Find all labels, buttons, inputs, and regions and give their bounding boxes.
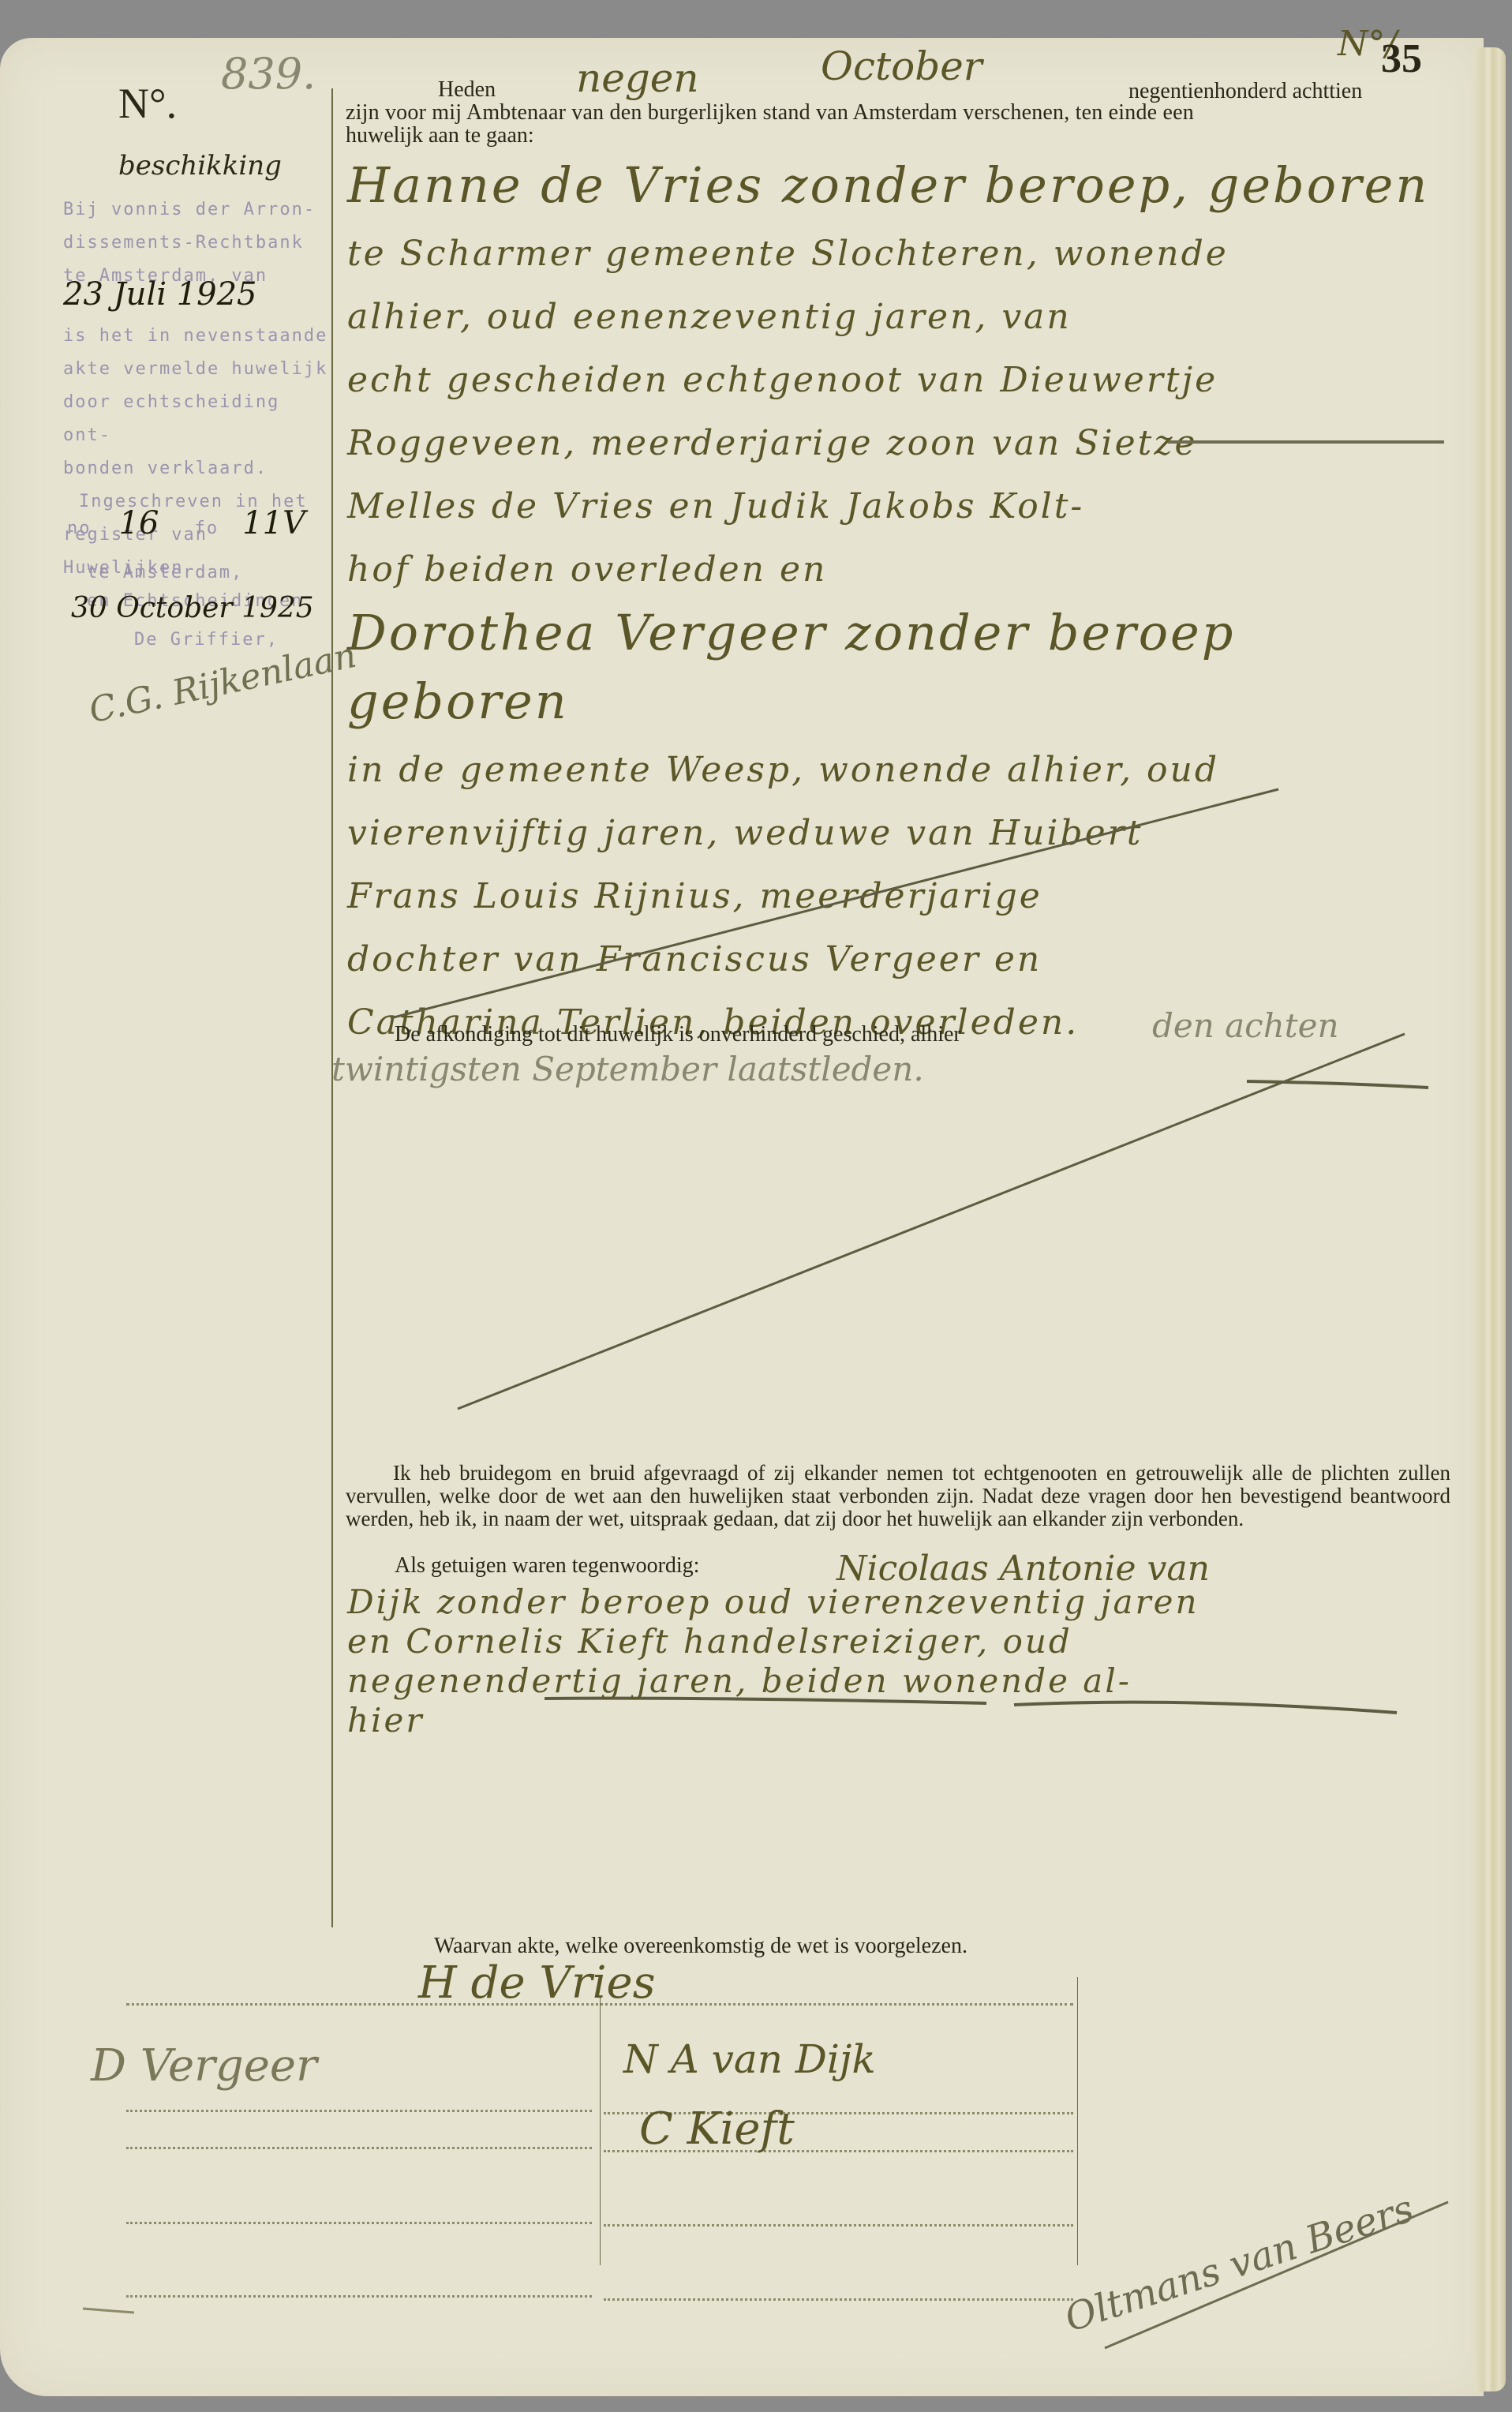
witness-line: Dijk zonder beroep oud vierenzeventig ja…	[347, 1582, 1452, 1622]
witness-1-signature: N A van Dijk	[623, 2036, 876, 2082]
signature-column-divider-2	[1077, 1977, 1078, 2265]
groom-signature: H de Vries	[418, 1957, 655, 2009]
witnesses-label: Als getuigen waren tegenwoordig:	[395, 1553, 699, 1579]
witnesses-block: Dijk zonder beroep oud vierenzeventig ja…	[347, 1582, 1452, 1740]
witness-line: hier	[347, 1701, 1452, 1740]
proclamation-date-2: twintigsten September laatstleden.	[331, 1050, 924, 1088]
bride-signature: D Vergeer	[91, 2040, 317, 2092]
proclamation-printed: De afkondiging tot dit huwelijk is onver…	[395, 1022, 961, 1047]
witness-line: negenendertig jaren, beiden wonende al-	[347, 1661, 1452, 1701]
signature-line	[126, 2295, 592, 2298]
signature-column-divider-1	[600, 1997, 601, 2265]
proclamation-date-1: den achten	[1152, 1006, 1339, 1045]
signature-line	[126, 2222, 592, 2224]
signature-line	[604, 2224, 1073, 2227]
declaration-paragraph: Ik heb bruidegom en bruid afgevraagd of …	[346, 1462, 1450, 1530]
signature-line	[126, 2110, 592, 2112]
signature-line	[126, 2147, 592, 2149]
signature-line	[604, 2298, 1073, 2301]
closing-text: Waarvan akte, welke overeenkomstig de we…	[434, 1934, 967, 1959]
witness-line: en Cornelis Kieft handelsreiziger, oud	[347, 1622, 1452, 1661]
witness-2-signature: C Kieft	[639, 2103, 795, 2155]
